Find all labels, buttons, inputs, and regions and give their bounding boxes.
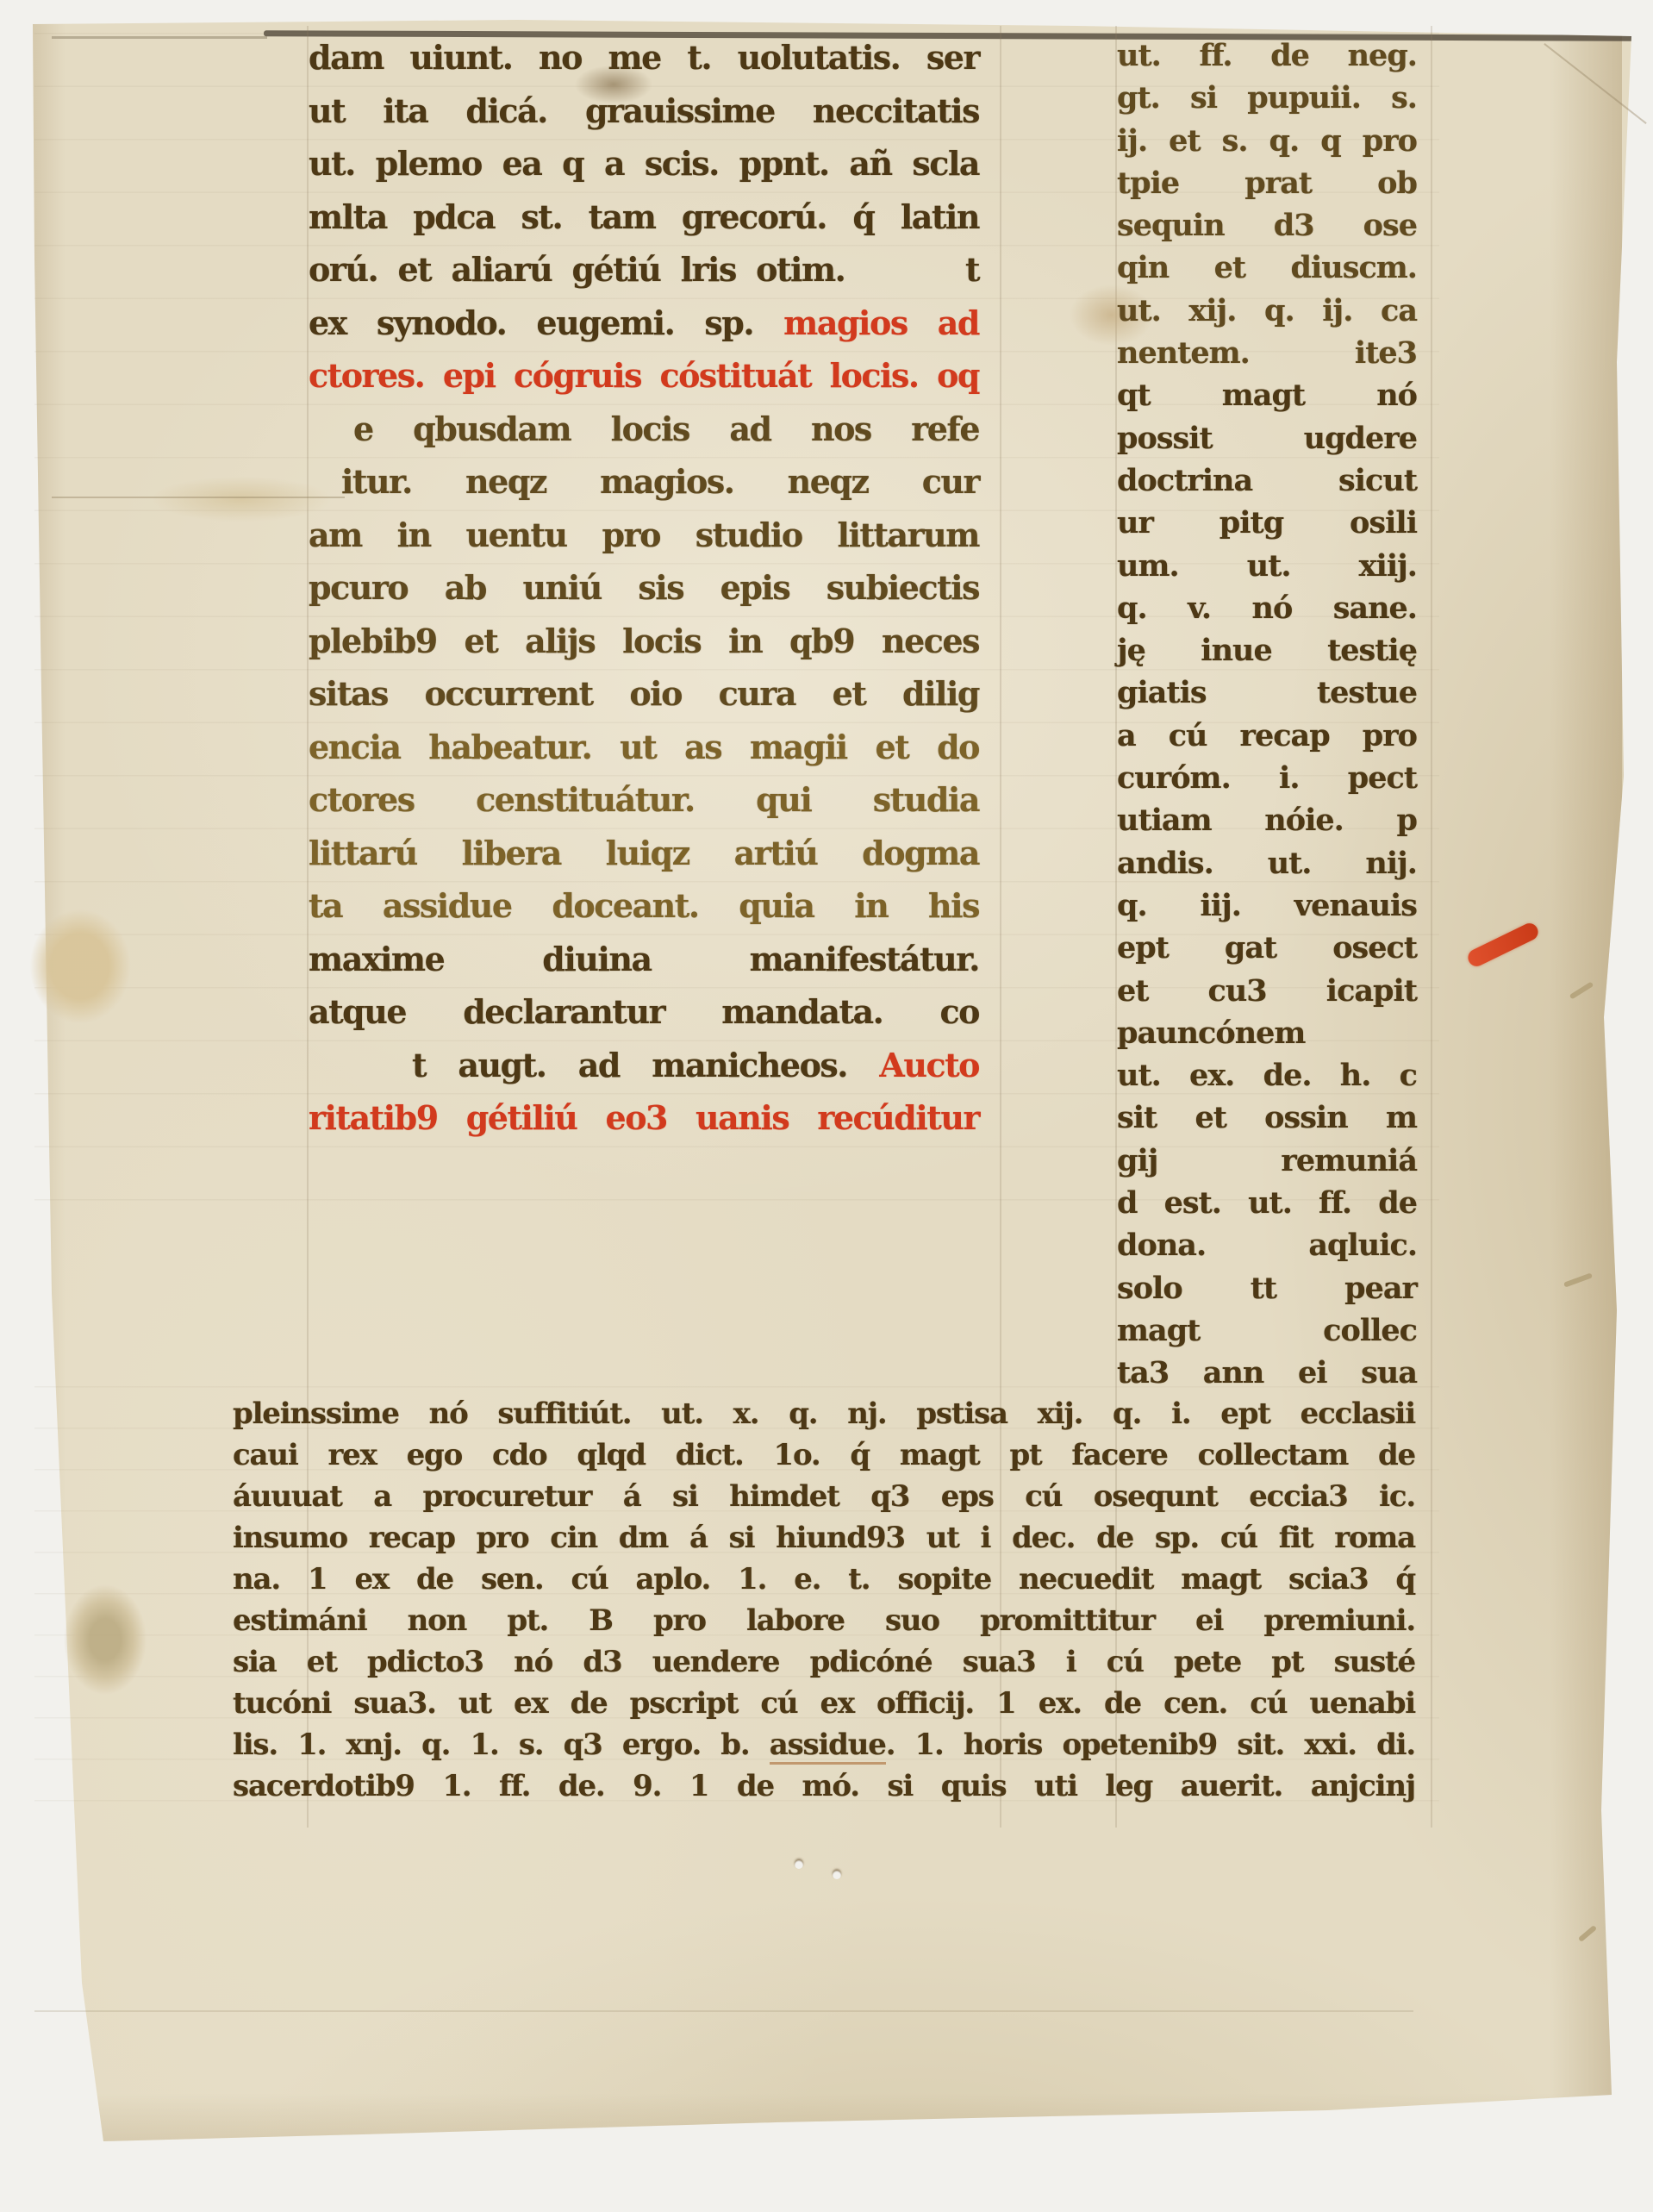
text-line: giatis testue [1117,672,1417,714]
text-line: tucóni sua3. ut ex de pscript cú ex offi… [233,1683,1415,1724]
text-line: qt magt nó [1117,374,1417,416]
text-line: pauncónem [1117,1012,1417,1054]
body-text: ut ita dicá. grauissime neccitatis [309,91,979,130]
body-text: tucóni sua3. ut ex de pscript cú ex offi… [233,1686,1415,1721]
body-text: littarú libera luiqz artiú dogma [309,834,979,872]
body-text: plebib9 et alijs locis in qb9 neces [309,622,979,660]
text-line: ję inue testię [1117,629,1417,672]
text-line: ta assidue doceant. quia in his [309,879,979,933]
text-line: doctrina sicut [1117,459,1417,502]
body-text: ut. xij. q. ij. ca [1117,293,1417,328]
text-line: andis. ut. nij. [1117,842,1417,884]
body-text: ję inue testię [1117,633,1417,668]
body-text: qin et diuscm. [1117,250,1417,285]
text-line: insumo recap pro cin dm á si hiund93 ut … [233,1517,1415,1559]
leaf-top-cut-edge-left [52,36,267,39]
leaf-right-edge-shading [1550,19,1622,2153]
text-line: sacerdotib9 1. ff. de. 9. 1 de mó. si qu… [233,1765,1415,1807]
column-guide-gloss-right [1431,26,1432,1828]
text-line: na. 1 ex de sen. cú aplo. 1. e. t. sopit… [233,1559,1415,1600]
text-line: littarú libera luiqz artiú dogma [309,827,979,880]
text-line: atque declarantur mandata. co [309,985,979,1039]
body-text: q. iij. venauis [1117,888,1417,923]
body-text: nentem. ite3 [1117,335,1417,371]
text-line: e qbusdam locis ad nos refe [309,403,979,456]
leaf-left-edge-shading [26,19,65,2153]
text-line: et cu3 icapit [1117,970,1417,1012]
text-line: caui rex ego cdo qlqd dict. 1o. q́ magt … [233,1434,1415,1476]
body-text: assidue [770,1728,886,1765]
text-line: ut. ex. de. h. c [1117,1054,1417,1097]
body-text: am in uentu pro studio littarum [309,516,979,554]
rubric-text: magios ad [783,303,979,342]
body-text: um. ut. xiij. [1117,548,1417,584]
text-line: encia habeatur. ut as magii et do [309,721,979,774]
text-line: lis. 1. xnj. q. 1. s. q3 ergo. b. assidu… [233,1724,1415,1765]
text-line: gt. si pupuii. s. [1117,77,1417,119]
text-line: tpie prat ob [1117,162,1417,204]
body-text: d est. ut. ff. de [1117,1185,1417,1221]
body-text: ctores censtituátur. qui studia [309,780,979,819]
text-line: áuuuat a procuretur á si himdet q3 eps c… [233,1476,1415,1517]
text-line: a cú recap pro [1117,715,1417,757]
body-text: gt. si pupuii. s. [1117,80,1417,116]
body-text: tpie prat ob [1117,166,1417,201]
text-line: d est. ut. ff. de [1117,1182,1417,1224]
text-line: ritatib9 gétiliú eo3 uanis recúditur [309,1091,979,1145]
text-line: q. v. nó sane. [1117,587,1417,629]
body-text: . 1. horis opetenib9 sit. xxi. di. [886,1728,1415,1762]
body-text: giatis testue [1117,675,1417,710]
body-text: magt collec [1117,1313,1417,1348]
text-line: possit ugdere [1117,417,1417,459]
text-line: ut ita dicá. grauissime neccitatis [309,84,979,138]
body-text: ta assidue doceant. quia in his [309,886,979,925]
body-text: insumo recap pro cin dm á si hiund93 ut … [233,1521,1415,1555]
bottom-text-block: pleinssime nó suffitiút. ut. x. q. nj. p… [233,1393,1415,1807]
text-line: itur. neqz magios. neqz cur [309,455,979,509]
text-line: ept gat osect [1117,927,1417,969]
wormhole [833,1871,841,1879]
body-text: pcuro ab uniú sis epis subiectis [309,568,979,607]
body-text: pleinssime nó suffitiút. ut. x. q. nj. p… [233,1397,1415,1431]
text-line: nentem. ite3 [1117,332,1417,374]
body-text: mlta pdca st. tam grecorú. q́ latin [309,197,979,236]
body-text: ur pitg osili [1117,505,1417,541]
body-text: q. v. nó sane. [1117,590,1417,626]
text-line: solo tt pear [1117,1267,1417,1309]
text-line: plebib9 et alijs locis in qb9 neces [309,615,979,668]
body-text: sacerdotib9 1. ff. de. 9. 1 de mó. si qu… [233,1769,1415,1803]
text-line: ctores censtituátur. qui studia [309,773,979,827]
text-line: ut. xij. q. ij. ca [1117,290,1417,332]
text-line: estimáni non pt. B pro labore suo promit… [233,1600,1415,1641]
text-line: sit et ossin m [1117,1097,1417,1139]
text-line: am in uentu pro studio littarum [309,509,979,562]
body-text: utiam nóie. p [1117,803,1417,838]
body-text: pauncónem [1117,1015,1305,1051]
text-line: mlta pdca st. tam grecorú. q́ latin [309,191,979,244]
text-line: um. ut. xiij. [1117,545,1417,587]
text-line: sequin d3 ose [1117,204,1417,247]
body-text: sequin d3 ose [1117,208,1417,243]
body-text: ept gat osect [1117,930,1417,965]
body-text: sitas occurrent oio cura et dilig [309,674,979,713]
body-text: encia habeatur. ut as magii et do [309,728,979,766]
text-line: dona. aqluic. [1117,1224,1417,1266]
body-text: maxime diuina manifestátur. [309,940,979,978]
text-line: q. iij. venauis [1117,884,1417,927]
body-text: orú. et aliarú gétiú lris otim. t [309,250,979,289]
rubric-text: ritatib9 gétiliú eo3 uanis recúditur [309,1098,979,1137]
body-text: a cú recap pro [1117,718,1417,753]
text-line: curóm. i. pect [1117,757,1417,799]
body-text: dam uiunt. no me t. uolutatis. ser [309,38,979,77]
body-text: doctrina sicut [1117,463,1417,498]
text-line: ex synodo. eugemi. sp. magios ad [309,297,979,350]
text-line: sitas occurrent oio cura et dilig [309,667,979,721]
body-text: qt magt nó [1117,378,1417,413]
text-line: magt collec [1117,1309,1417,1352]
text-line: gij remuniá [1117,1140,1417,1182]
body-text: ij. et s. q. q pro [1117,123,1417,159]
body-text: et cu3 icapit [1117,973,1417,1009]
body-text: ut. ex. de. h. c [1117,1058,1417,1093]
body-text: e qbusdam locis ad nos refe [353,409,979,448]
text-line: pcuro ab uniú sis epis subiectis [309,561,979,615]
body-text: gij remuniá [1117,1143,1417,1178]
text-line: ut. plemo ea q a scis. ppnt. añ scla [309,137,979,191]
body-text: ex synodo. eugemi. sp. [309,303,783,342]
gloss-column: ut. ff. de neg.gt. si pupuii. s.ij. et s… [1117,34,1417,1395]
body-text: solo tt pear [1117,1271,1417,1306]
text-line: ta3 ann ei sua [1117,1352,1417,1394]
body-text: ut. plemo ea q a scis. ppnt. añ scla [309,144,979,183]
body-text: atque declarantur mandata. co [309,992,979,1031]
body-text: áuuuat a procuretur á si himdet q3 eps c… [233,1479,1415,1514]
rubric-text: ctores. epi cógruis cóstituát locis. oq [309,356,979,395]
body-text: itur. neqz magios. neqz cur [341,462,979,501]
text-line: maxime diuina manifestátur. [309,933,979,986]
text-line: ut. ff. de neg. [1117,34,1417,77]
text-line: qin et diuscm. [1117,247,1417,289]
main-text-column: dam uiunt. no me t. uolutatis. serut ita… [309,31,979,1145]
body-text: dona. aqluic. [1117,1228,1417,1263]
text-line: ur pitg osili [1117,502,1417,544]
body-text: lis. 1. xnj. q. 1. s. q3 ergo. b. [233,1728,770,1762]
body-text: caui rex ego cdo qlqd dict. 1o. q́ magt … [233,1438,1415,1472]
text-line: orú. et aliarú gétiú lris otim. t [309,243,979,297]
wormhole [795,1860,803,1869]
body-text: ta3 ann ei sua [1117,1355,1417,1390]
text-line: sia et pdicto3 nó d3 uendere pdicóné sua… [233,1641,1415,1683]
body-text: curóm. i. pect [1117,760,1417,796]
body-text: estimáni non pt. B pro labore suo promit… [233,1603,1415,1638]
body-text: sit et ossin m [1117,1100,1417,1135]
rubric-text: Aucto [879,1046,979,1084]
body-text: ut. ff. de neg. [1117,38,1417,73]
text-line: dam uiunt. no me t. uolutatis. ser [309,31,979,84]
text-line: t augt. ad manicheos. Aucto [309,1039,979,1092]
leaf-bottom-edge-shading [26,2093,1634,2153]
body-text: t augt. ad manicheos. [412,1046,879,1084]
text-line: ctores. epi cógruis cóstituát locis. oq [309,349,979,403]
body-text: na. 1 ex de sen. cú aplo. 1. e. t. sopit… [233,1562,1415,1597]
text-line: pleinssime nó suffitiút. ut. x. q. nj. p… [233,1393,1415,1434]
body-text: sia et pdicto3 nó d3 uendere pdicóné sua… [233,1645,1415,1679]
body-text: possit ugdere [1117,421,1417,456]
scan-background: dam uiunt. no me t. uolutatis. serut ita… [0,0,1653,2212]
text-line: ij. et s. q. q pro [1117,120,1417,162]
body-text: andis. ut. nij. [1117,846,1417,881]
text-line: utiam nóie. p [1117,799,1417,841]
